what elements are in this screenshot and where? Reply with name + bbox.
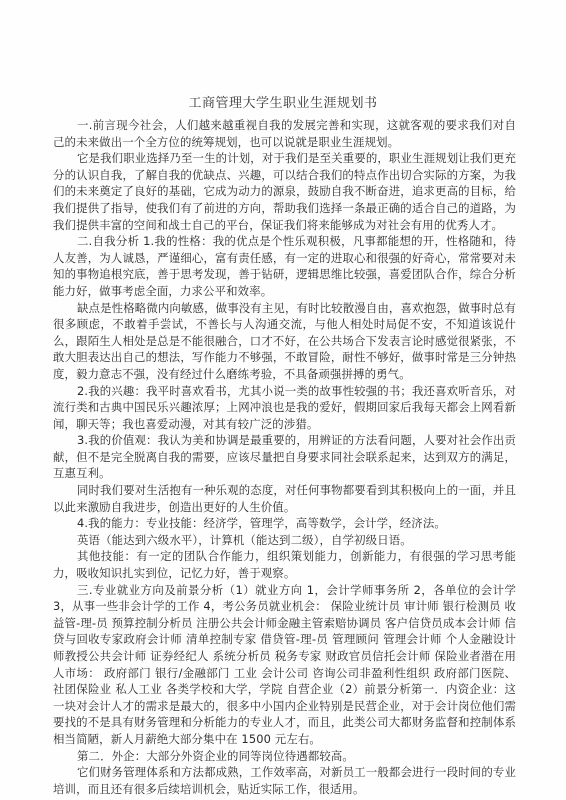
paragraph-other-skills: 其他技能：有一定的团队合作能力，组织策划能力，创新能力，有很强的学习思考能力，吸… xyxy=(53,548,516,581)
document-body: 一.前言现今社会，人们越来越重视自我的发展完善和实现，这就客观的要求我们对自己的… xyxy=(53,117,516,797)
paragraph-importance: 它是我们职业选择乃至一生的计划，对于我们是至关重要的，职业生涯规划让我们更充分的… xyxy=(53,150,516,233)
paragraph-personality-weaknesses: 缺点是性格略微内向敏感，做事没有主见，有时比较散漫自由，喜欢抱怨，做事时总有很多… xyxy=(53,300,516,383)
document-title: 工商管理大学生职业生涯规划书 xyxy=(0,92,566,111)
paragraph-training: 它们财务管理体系和方法都成熟，工作效率高，对新员工一般都会进行一段时间的专业培训… xyxy=(53,764,516,797)
paragraph-interests: 2.我的兴趣：我平时喜欢看书，尤其小说一类的故事性较强的书；我还喜欢听音乐，对流… xyxy=(53,383,516,433)
document-page: 工商管理大学生职业生涯规划书 一.前言现今社会，人们越来越重视自我的发展完善和实… xyxy=(0,0,566,800)
paragraph-values: 3.我的价值观：我认为美和协调是最重要的，用辨证的方法看问题，人要对社会作出贡献… xyxy=(53,432,516,482)
paragraph-foreign-companies: 第二．外企：大部分外资企业的同等岗位待遇都较高。 xyxy=(53,748,516,765)
paragraph-abilities: 4.我的能力：专业技能：经济学，管理学，高等数学，会计学，经济法。 xyxy=(53,515,516,532)
paragraph-languages: 英语（能达到六级水平），计算机（能达到二级），自学初级日语。 xyxy=(53,532,516,549)
paragraph-intro: 一.前言现今社会，人们越来越重视自我的发展完善和实现，这就客观的要求我们对自己的… xyxy=(53,117,516,150)
paragraph-attitude: 同时我们要对生活抱有一种乐观的态度，对任何事物都要看到其积极向上的一面，并且以此… xyxy=(53,482,516,515)
paragraph-personality-strengths: 二.自我分析 1.我的性格：我的优点是个性乐观积极，凡事都能想的开，性格随和，待… xyxy=(53,233,516,299)
paragraph-career-direction: 三.专业就业方向及前景分析（1）就业方向 1，会计学师事务所 2，各单位的会计学… xyxy=(53,582,516,748)
